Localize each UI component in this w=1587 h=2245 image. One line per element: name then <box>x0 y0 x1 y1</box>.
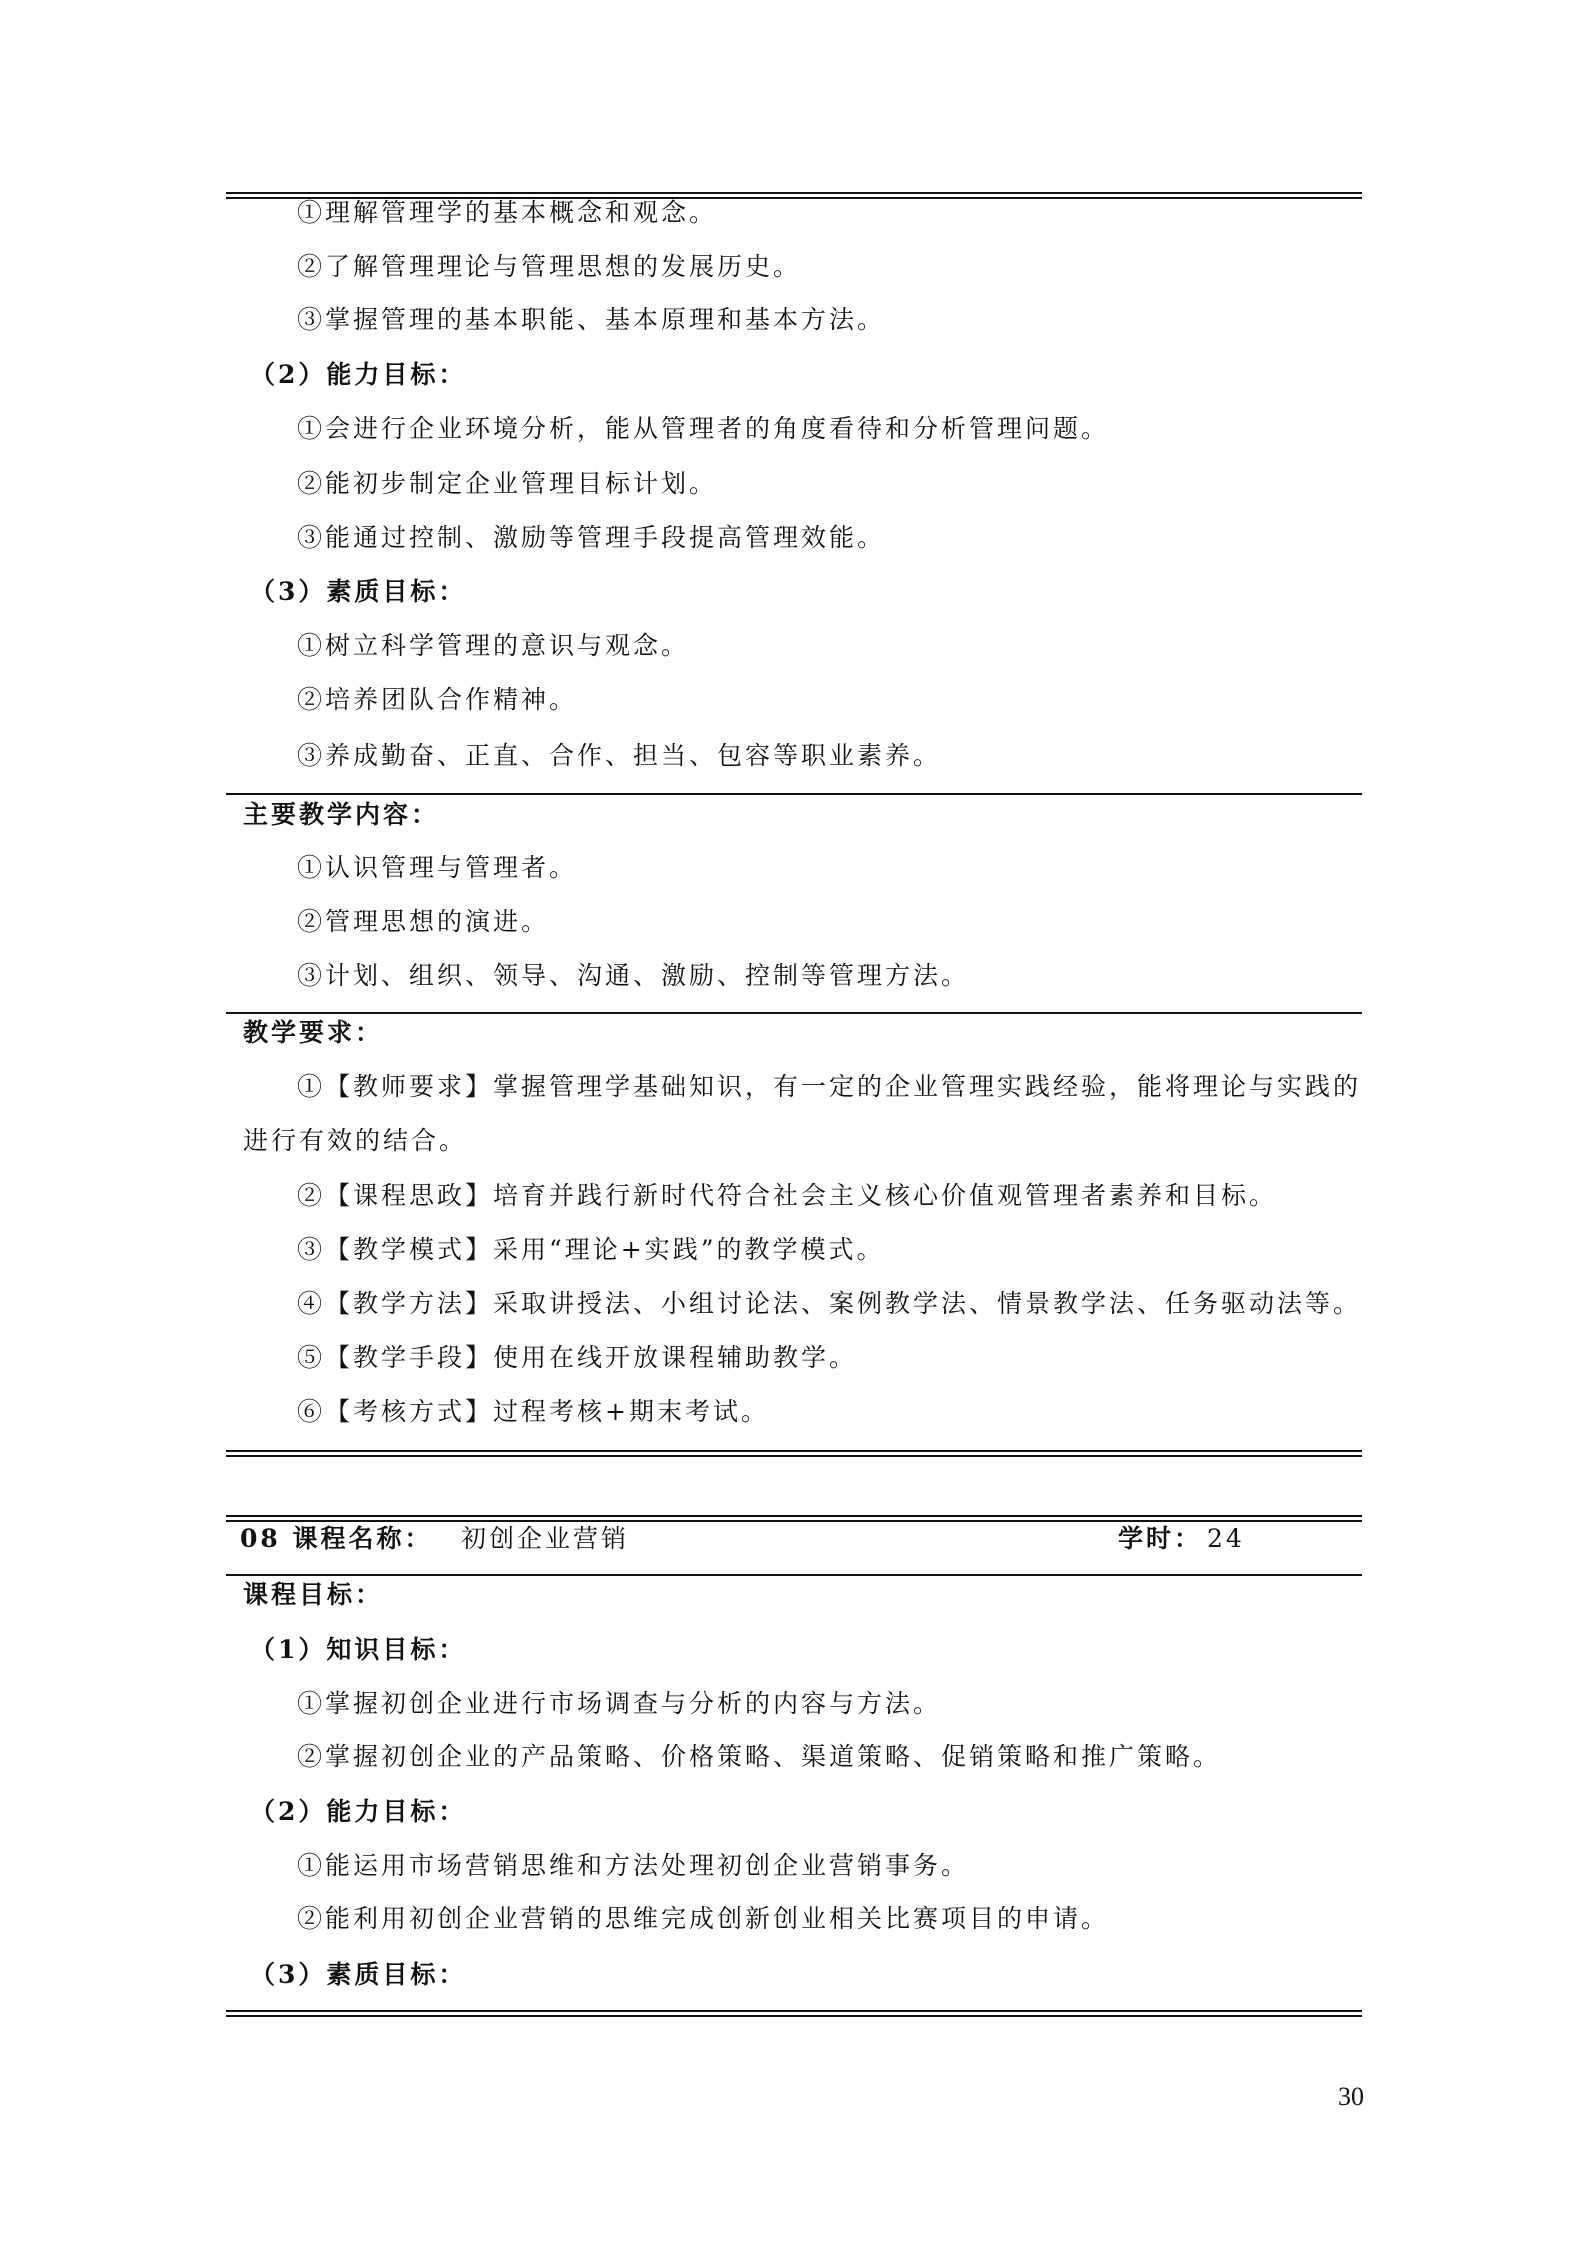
course-header-row: 08 课程名称： 初创企业营销 学时： 24 <box>0 1519 1587 1559</box>
list-item: ②掌握初创企业的产品策略、价格策略、渠道策略、促销策略和推广策略。 <box>297 1737 1221 1777</box>
course-name-value: 初创企业营销 <box>461 1519 629 1559</box>
section-heading-ability: （2）能力目标： <box>250 1792 466 1832</box>
table-divider <box>226 1012 1362 1014</box>
list-item: ①【教师要求】掌握管理学基础知识，有一定的企业管理实践经验，能将理论与实践的 <box>297 1067 1361 1107</box>
section-heading-quality: （3）素质目标： <box>250 1955 466 1995</box>
course-name-label: 08 课程名称： <box>240 1519 433 1559</box>
list-item: ③【教学模式】采用“理论+实践”的教学模式。 <box>297 1230 885 1270</box>
section-heading-ability: （2）能力目标： <box>250 355 466 395</box>
list-item: ②能利用初创企业营销的思维完成创新创业相关比赛项目的申请。 <box>297 1899 1109 1939</box>
list-item: ⑥【考核方式】过程考核+期末考试。 <box>297 1392 769 1432</box>
course-hours-label: 学时： <box>1118 1519 1202 1559</box>
list-item: ③计划、组织、领导、沟通、激励、控制等管理方法。 <box>297 956 969 996</box>
section-heading-quality: （3）素质目标： <box>250 572 466 612</box>
list-item: ③能通过控制、激励等管理手段提高管理效能。 <box>297 518 885 558</box>
section-heading-requirements: 教学要求： <box>243 1013 383 1053</box>
list-item: ④【教学方法】采取讲授法、小组讨论法、案例教学法、情景教学法、任务驱动法等。 <box>297 1284 1361 1324</box>
course-hours-value: 24 <box>1207 1519 1245 1559</box>
list-item: ①认识管理与管理者。 <box>297 848 577 888</box>
section-heading-objectives: 课程目标： <box>243 1575 383 1615</box>
list-item: ③掌握管理的基本职能、基本原理和基本方法。 <box>297 300 885 340</box>
table-divider <box>226 1574 1362 1576</box>
list-item: ①会进行企业环境分析，能从管理者的角度看待和分析管理问题。 <box>297 409 1109 449</box>
section-heading-content: 主要教学内容： <box>243 795 439 835</box>
list-item: ②【课程思政】培育并践行新时代符合社会主义核心价值观管理者素养和目标。 <box>297 1176 1277 1216</box>
list-item: ①理解管理学的基本概念和观念。 <box>297 193 717 233</box>
list-item: ②能初步制定企业管理目标计划。 <box>297 464 717 504</box>
list-item: ②了解管理理论与管理思想的发展历史。 <box>297 247 801 287</box>
list-item: ②管理思想的演进。 <box>297 902 549 942</box>
document-page: ①理解管理学的基本概念和观念。 ②了解管理理论与管理思想的发展历史。 ③掌握管理… <box>0 0 1587 2245</box>
list-item: ③养成勤奋、正直、合作、担当、包容等职业素养。 <box>297 736 941 776</box>
page-number: 30 <box>1338 2082 1364 2112</box>
list-item: ⑤【教学手段】使用在线开放课程辅助教学。 <box>297 1338 857 1378</box>
list-item: ①树立科学管理的意识与观念。 <box>297 626 689 666</box>
table-bottom-border <box>226 2010 1362 2017</box>
list-item-continuation: 进行有效的结合。 <box>243 1121 467 1161</box>
section-heading-knowledge: （1）知识目标： <box>250 1630 466 1670</box>
table-bottom-border <box>226 1450 1362 1457</box>
list-item: ①能运用市场营销思维和方法处理初创企业营销事务。 <box>297 1846 969 1886</box>
list-item: ②培养团队合作精神。 <box>297 680 577 720</box>
list-item: ①掌握初创企业进行市场调查与分析的内容与方法。 <box>297 1684 941 1724</box>
